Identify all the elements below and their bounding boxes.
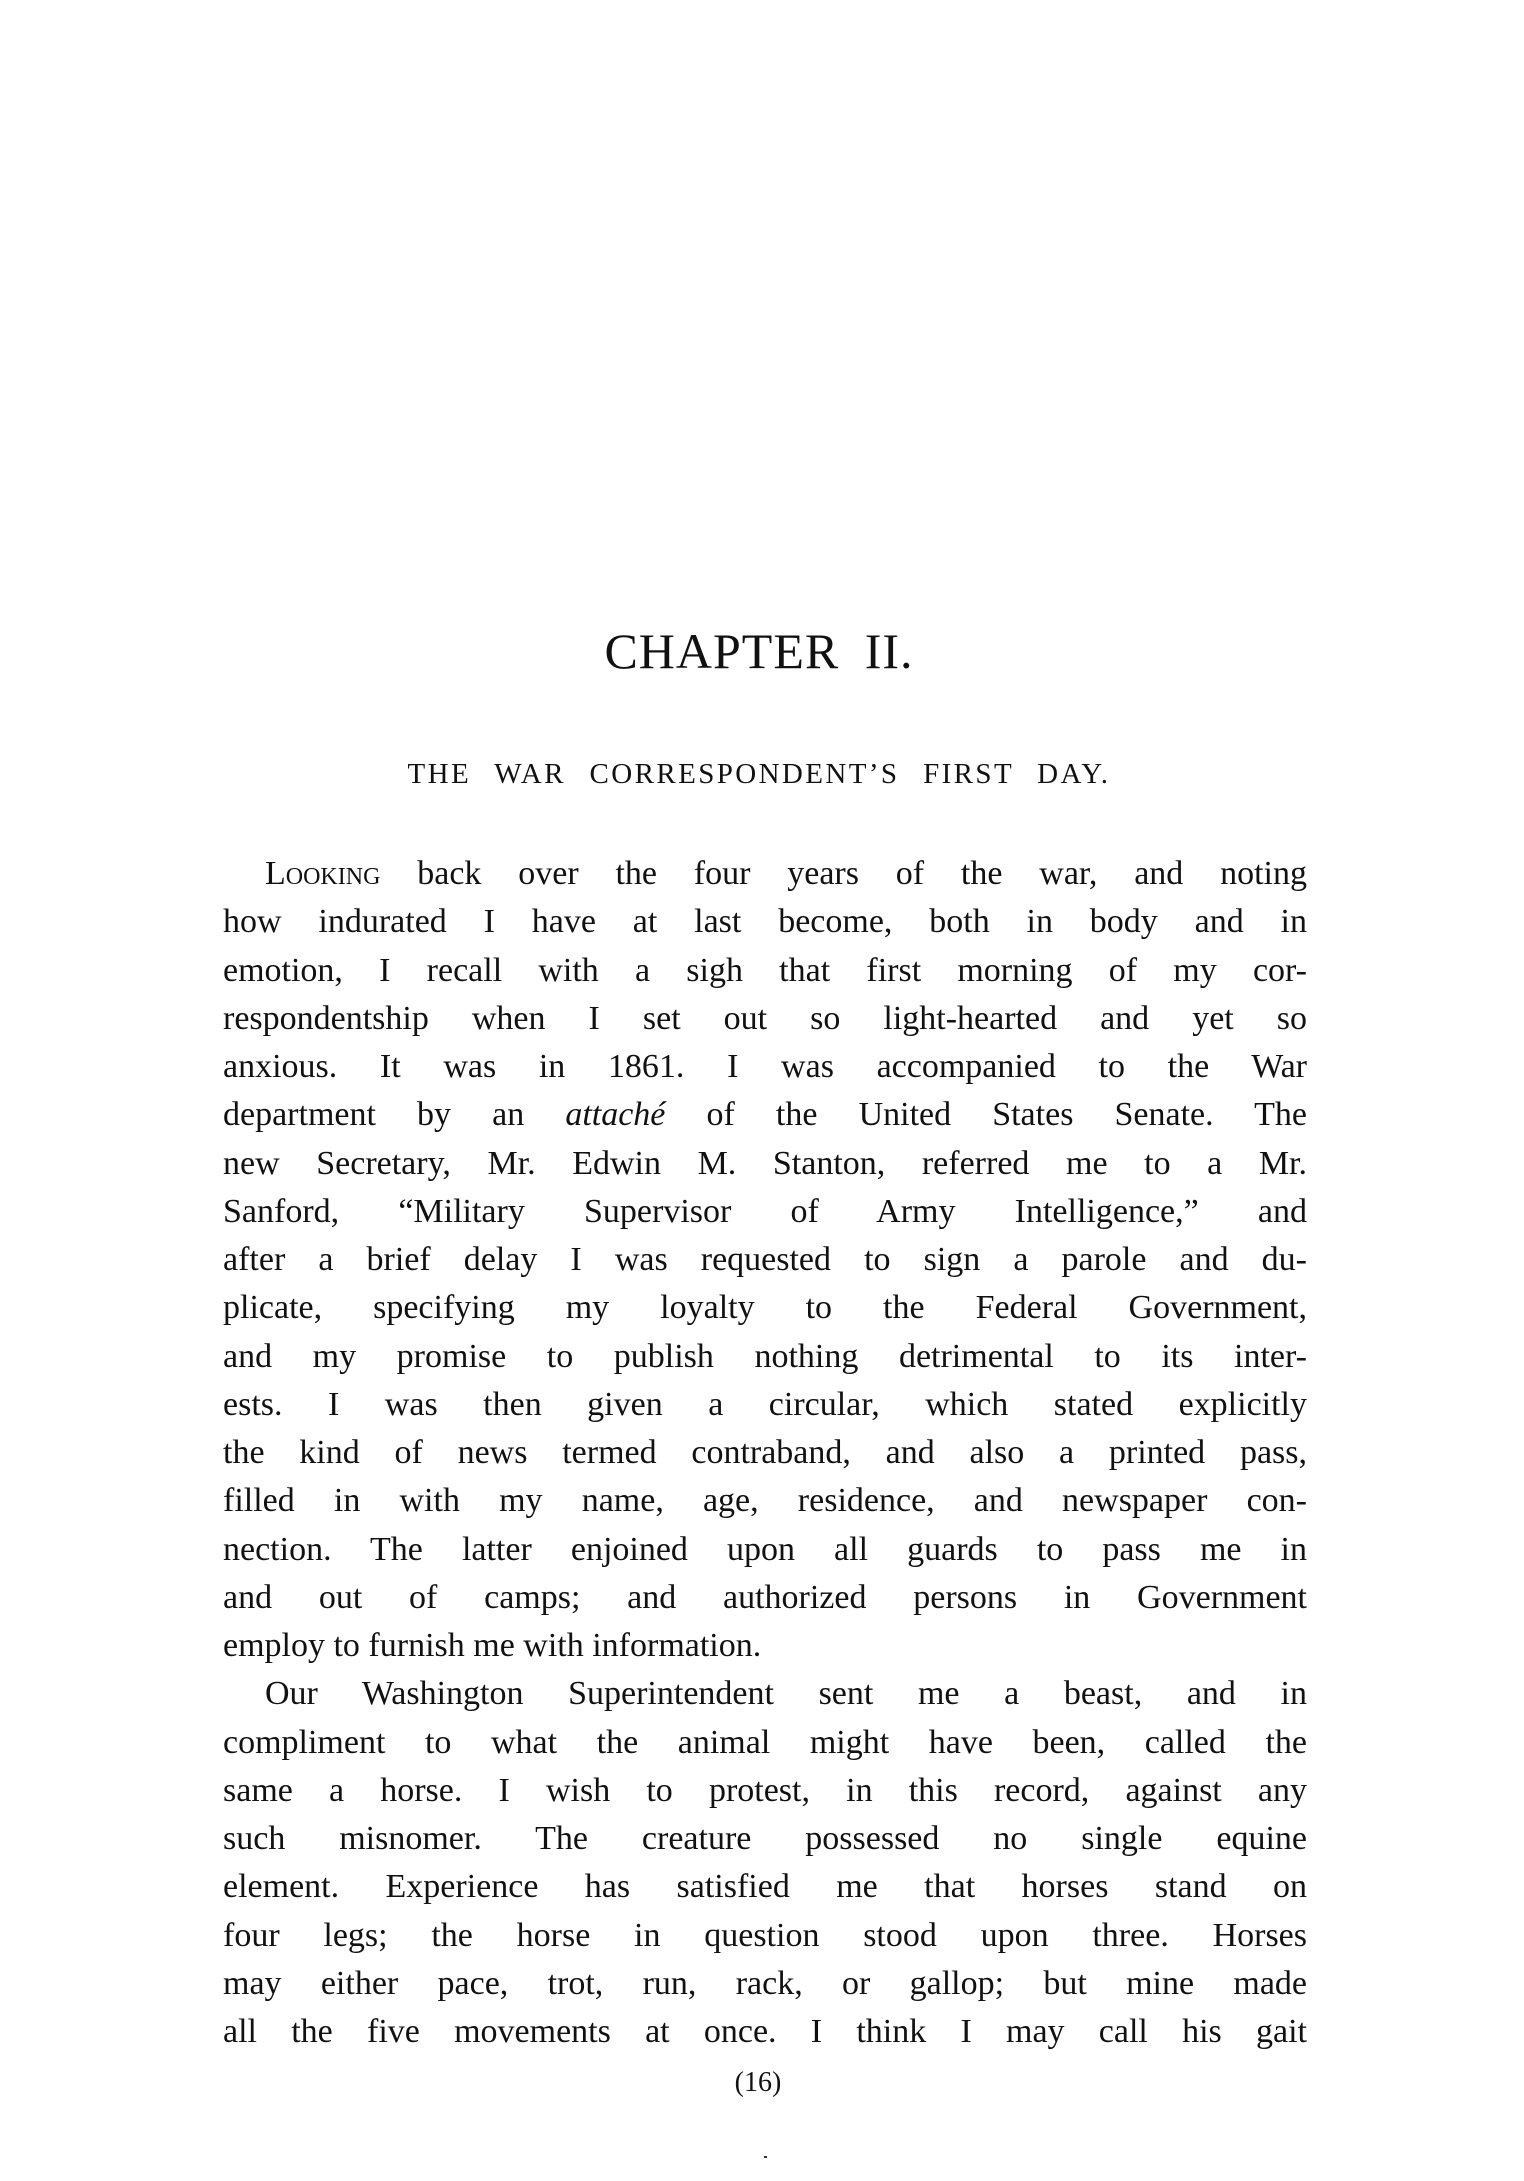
chapter-subtitle-text: THE WAR CORRESPONDENT’S FIRST DAY. bbox=[408, 758, 1111, 790]
paragraph-1-line-10: plicate, specifying my loyalty to the Fe… bbox=[223, 1284, 1307, 1332]
chapter-subtitle: THE WAR CORRESPONDENT’S FIRST DAY. bbox=[0, 754, 1524, 794]
paragraph-1-line-16: and out of camps; and authorized persons… bbox=[223, 1574, 1307, 1622]
paragraph-1-line-8: Sanford, “Military Supervisor of Army In… bbox=[223, 1188, 1307, 1236]
paragraph-1-line-15: nection. The latter enjoined upon all gu… bbox=[223, 1526, 1307, 1574]
paragraph-2-line-5: element. Experience has satisfied me tha… bbox=[223, 1863, 1307, 1911]
paragraph-1-line-1: Looking back over the four years of the … bbox=[223, 850, 1307, 898]
chapter-title-text: CHAPTER II. bbox=[604, 623, 913, 679]
paragraph-1-line-2: how indurated I have at last become, bot… bbox=[223, 898, 1307, 946]
paragraph-2-line-6: four legs; the horse in question stood u… bbox=[223, 1912, 1307, 1960]
page-number-text: (16) bbox=[735, 2067, 782, 2098]
paragraph-1-line-3: emotion, I recall with a sigh that first… bbox=[223, 947, 1307, 995]
body-text: Looking back over the four years of the … bbox=[223, 850, 1307, 2056]
paragraph-1-line-9: after a brief delay I was requested to s… bbox=[223, 1236, 1307, 1284]
paragraph-1-line-4: respondentship when I set out so light-h… bbox=[223, 995, 1307, 1043]
paragraph-2-line-3: same a horse. I wish to protest, in this… bbox=[223, 1767, 1307, 1815]
paragraph-2-line-7: may either pace, trot, run, rack, or gal… bbox=[223, 1960, 1307, 2008]
paragraph-1-line-17: employ to furnish me with information. bbox=[223, 1622, 1307, 1670]
paragraph-1-line-6: department by an attaché of the United S… bbox=[223, 1091, 1307, 1139]
paragraph-1-line-12: ests. I was then given a circular, which… bbox=[223, 1381, 1307, 1429]
book-page: CHAPTER II. THE WAR CORRESPONDENT’S FIRS… bbox=[0, 0, 1524, 2181]
page-number: (16) bbox=[0, 2063, 1524, 2103]
italic-word: attaché bbox=[565, 1096, 665, 1133]
chapter-title: CHAPTER II. bbox=[0, 621, 1524, 681]
lead-word: Looking bbox=[265, 855, 380, 892]
paragraph-1-line-5: anxious. It was in 1861. I was accompani… bbox=[223, 1043, 1307, 1091]
paragraph-1-line-11: and my promise to publish nothing detrim… bbox=[223, 1333, 1307, 1381]
paragraph-2-line-4: such misnomer. The creature possessed no… bbox=[223, 1815, 1307, 1863]
paragraph-2-line-1: Our Washington Superintendent sent me a … bbox=[223, 1670, 1307, 1718]
paragraph-2-line-8: all the five movements at once. I think … bbox=[223, 2008, 1307, 2056]
scan-speck bbox=[764, 2156, 767, 2158]
paragraph-1-line-14: filled in with my name, age, residence, … bbox=[223, 1477, 1307, 1525]
paragraph-2-line-2: compliment to what the animal might have… bbox=[223, 1719, 1307, 1767]
paragraph-1-line-13: the kind of news termed contraband, and … bbox=[223, 1429, 1307, 1477]
paragraph-1-line-7: new Secretary, Mr. Edwin M. Stanton, ref… bbox=[223, 1140, 1307, 1188]
